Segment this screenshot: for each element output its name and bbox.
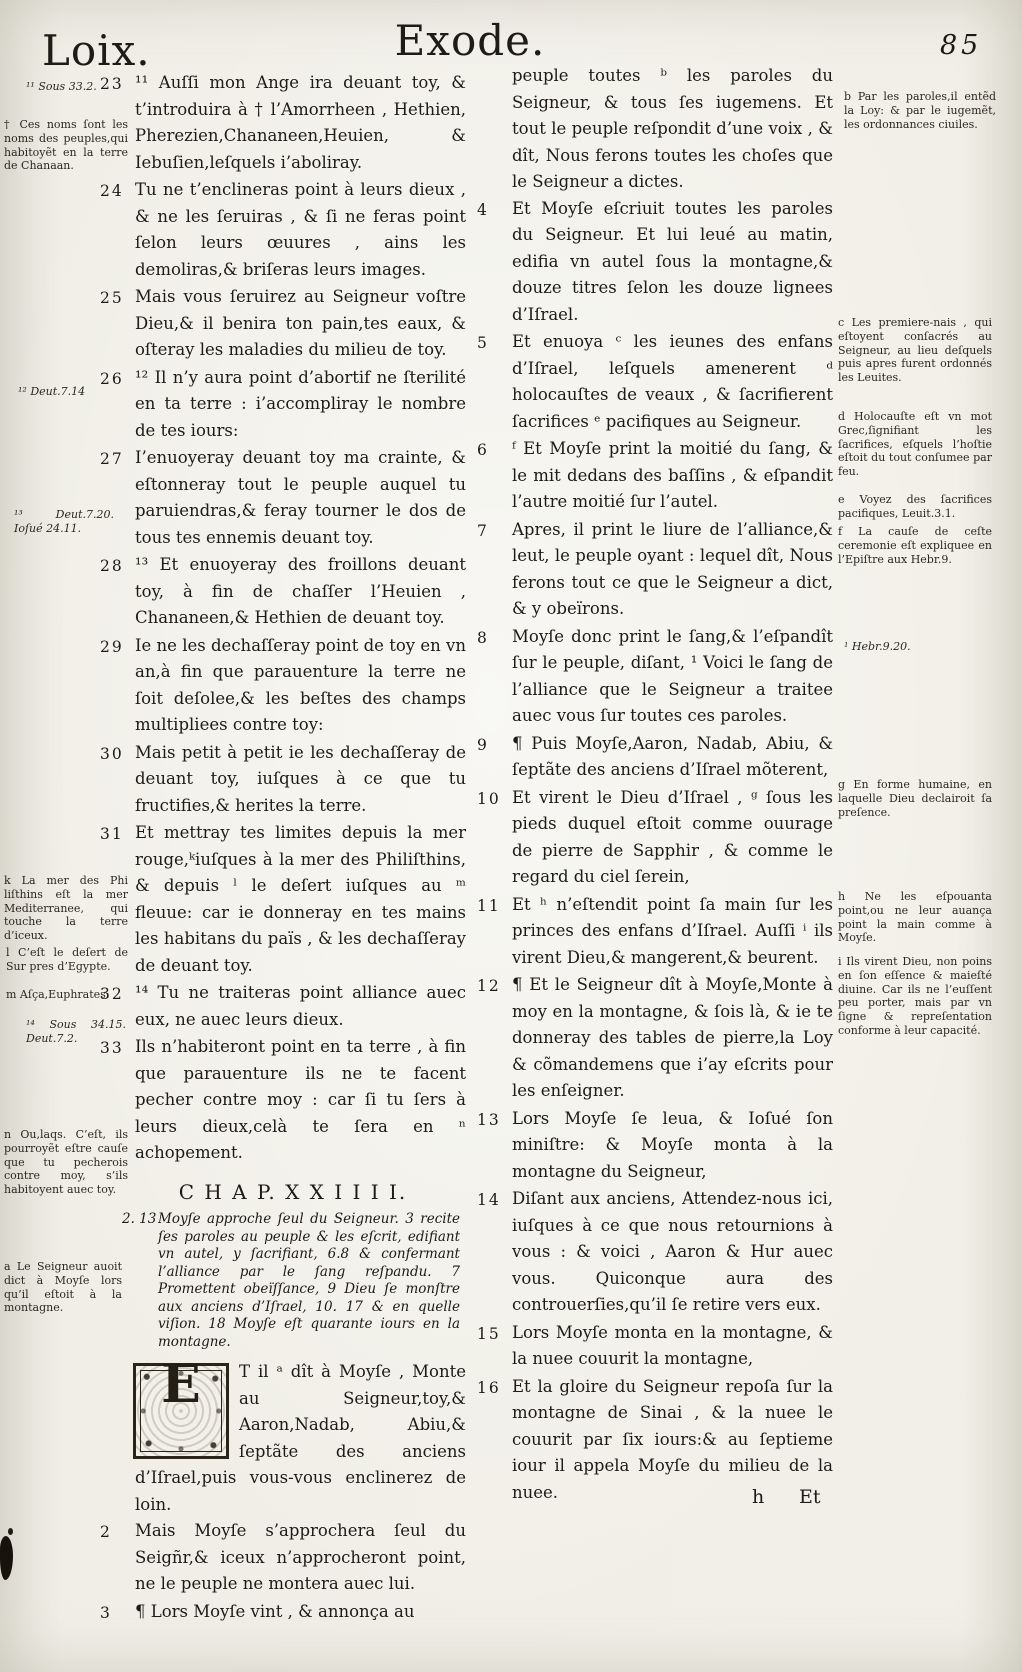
margin-note-ref-13: ¹³ Deut.7.20. Ioſué 24.11. [14,508,114,536]
verse-text: Lors Moyſe ſe leua, & Ioſué ſon miniſtre… [512,1106,833,1186]
verse-text: ¹¹ Auſſi mon Ange ira deuant toy, & t’in… [135,70,466,176]
verse-text: Lors Moyſe monta en la montagne, & la nu… [512,1320,833,1373]
verse-text: ¶ Puis Moyſe,Aaron, Nadab, Abiu, & ſeptã… [512,731,833,784]
verse-15: 15 Lors Moyſe monta en la montagne, & la… [477,1320,833,1373]
decorated-initial-woodcut: E [133,1363,229,1459]
running-title-center: Exode. [0,16,940,65]
verse-number: 11 [477,892,512,972]
ink-blot [0,1536,13,1580]
verse-11: 11 Et ʰ n’eſtendit point ſa main ſur les… [477,892,833,972]
margin-note-i: i Ils virent Dieu, non poins en ſon eſſe… [838,955,992,1038]
verse-text: Et virent le Dieu d’Iſrael , ᵍ ſous les … [512,785,833,891]
verse-13: 13 Lors Moyſe ſe leua, & Ioſué ſon miniſ… [477,1106,833,1186]
verse-number: 28 [100,552,135,632]
argument-label: 2. 13 [122,1211,158,1351]
verse-text: Diſant aux anciens, Attendez-nous ici, i… [512,1186,833,1319]
margin-note-c: c Les premiere-nais , qui eſtoyent conſa… [838,316,992,385]
verse-text: Mais petit à petit ie les dechaſſeray de… [135,740,466,820]
verse-text: Tu ne t’enclineras point à leurs dieux ,… [135,177,466,283]
verse-text: Mais vous ſeruirez au Seigneur voſtre Di… [135,284,466,364]
verse-33: 33 Ils n’habiteront point en ta terre , … [100,1034,466,1167]
initial-letter: E [136,1372,226,1399]
margin-note-d: d Holocauſte eſt vn mot Grec,ſignifiant … [838,410,992,479]
verse-10: 10 Et virent le Dieu d’Iſrael , ᵍ ſous l… [477,785,833,891]
verse-number: 33 [100,1034,135,1167]
verse-number: 13 [477,1106,512,1186]
verse-7: 7 Apres, il print le liure de l’alliance… [477,517,833,623]
verse-number: 27 [100,445,135,551]
verse-number: 8 [477,624,512,730]
verse-29: 29 Ie ne les dechaſſeray point de toy en… [100,633,466,739]
ink-speck [8,1528,13,1535]
margin-note-f: f La cauſe de ceſte ceremonie eſt expliq… [838,525,992,566]
verse-number: 15 [477,1320,512,1373]
chapter-argument: 2. 13 Moyſe approche ſeul du Seigneur. 3… [122,1211,466,1351]
verse-16: 16 Et la gloire du Seigneur repoſa ſur l… [477,1374,833,1507]
verse-number: 2 [100,1518,135,1598]
chapter-heading: C H A P. X X I I I I. [120,1179,466,1206]
verse-text: Moyſe donc print le ſang,& l’eſpandît ſu… [512,624,833,730]
signature-mark: h [752,1486,764,1508]
verse-text: ¹² Il n’y aura point d’abortif ne ſteril… [135,365,466,445]
chapter-opening-verse: E T il ᵃ dît à Moyſe , Monte au Seigneur… [135,1359,466,1518]
verse-text: Et ʰ n’eſtendit point ſa main ſur les pr… [512,892,833,972]
text-column-right: peuple toutes ᵇ les paroles du Seigneur,… [477,63,833,1507]
verse-number: 29 [100,633,135,739]
verse-32: 32 ¹⁴ Tu ne traiteras point alliance aue… [100,980,466,1033]
verse-number: 25 [100,284,135,364]
margin-note-h: h Ne les eſpouanta point,ou ne leur auan… [838,890,992,945]
verse-26: 26 ¹² Il n’y aura point d’abortif ne ſte… [100,365,466,445]
book-page: Loix. Exode. 85 ¹¹ Sous 33.2. † Ces noms… [0,0,1022,1672]
argument-text: Moyſe approche ſeul du Seigneur. 3 recit… [158,1211,466,1351]
verse-number: 31 [100,820,135,979]
verse-text: I’enuoyeray deuant toy ma crainte, & eſt… [135,445,466,551]
verse-5: 5 Et enuoya ᶜ les ieunes des enfans d’Iſ… [477,329,833,435]
verse-text: ¹⁴ Tu ne traiteras point alliance auec e… [135,980,466,1033]
margin-note-ref-hebr: ¹ Hebr.9.20. [844,640,984,654]
verse-text: ¹³ Et enuoyeray des froillons deuant toy… [135,552,466,632]
verse-text: ¶ Lors Moyſe vint , & annonça au [135,1599,466,1627]
verse-text: Mais Moyſe s’approchera ſeul du Seigñr,&… [135,1518,466,1598]
verse-number: 16 [477,1374,512,1507]
verse-23: 23 ¹¹ Auſſi mon Ange ira deuant toy, & t… [100,70,466,176]
verse-25: 25 Mais vous ſeruirez au Seigneur voſtre… [100,284,466,364]
page-number: 85 [940,30,982,61]
verse-number: 30 [100,740,135,820]
verse-28: 28 ¹³ Et enuoyeray des froillons deuant … [100,552,466,632]
verse-number: 26 [100,365,135,445]
verse-4: 4 Et Moyſe eſcriuit toutes les paroles d… [477,196,833,329]
verse-24: 24 Tu ne t’enclineras point à leurs dieu… [100,177,466,283]
verse-6: 6 ᶠ Et Moyſe print la moitié du ſang, & … [477,436,833,516]
verse-text: Apres, il print le liure de l’alliance,&… [512,517,833,623]
verse-number: 32 [100,980,135,1033]
verse-text: ᶠ Et Moyſe print la moitié du ſang, & le… [512,436,833,516]
verse-9: 9 ¶ Puis Moyſe,Aaron, Nadab, Abiu, & ſep… [477,731,833,784]
margin-note-e: e Voyez des ſacrifices pacifiques, Leuit… [838,493,992,521]
verse-number: 4 [477,196,512,329]
verse-text: Et mettray tes limites depuis la mer rou… [135,820,466,979]
verse-number: 5 [477,329,512,435]
verse-text: Ils n’habiteront point en ta terre , à f… [135,1034,466,1167]
verse-27: 27 I’enuoyeray deuant toy ma crainte, & … [100,445,466,551]
verse-number: 3 [100,1599,135,1627]
verse-text: Et Moyſe eſcriuit toutes les paroles du … [512,196,833,329]
verse-12: 12 ¶ Et le Seigneur dît à Moyſe,Monte à … [477,972,833,1105]
verse-3: 3 ¶ Lors Moyſe vint , & annonça au [100,1599,466,1627]
verse-text: ¶ Et le Seigneur dît à Moyſe,Monte à moy… [512,972,833,1105]
verse-number: 10 [477,785,512,891]
margin-note-g: g En forme humaine, en laquelle Dieu dec… [838,778,992,819]
verse-14: 14 Diſant aux anciens, Attendez-nous ici… [477,1186,833,1319]
verse-number: 6 [477,436,512,516]
verse-number: 12 [477,972,512,1105]
verse-8: 8 Moyſe donc print le ſang,& l’eſpandît … [477,624,833,730]
catchword: Et [799,1486,821,1508]
verse-30: 30 Mais petit à petit ie les dechaſſeray… [100,740,466,820]
verse-number: 14 [477,1186,512,1319]
verse-3-continuation: peuple toutes ᵇ les paroles du Seigneur,… [512,63,833,196]
verse-number: 9 [477,731,512,784]
verse-text: Et enuoya ᶜ les ieunes des enfans d’Iſra… [512,329,833,435]
verse-31: 31 Et mettray tes limites depuis la mer … [100,820,466,979]
verse-2: 2 Mais Moyſe s’approchera ſeul du Seigñr… [100,1518,466,1598]
verse-number: 23 [100,70,135,176]
text-column-left: 23 ¹¹ Auſſi mon Ange ira deuant toy, & t… [100,70,466,1627]
verse-text: Et la gloire du Seigneur repoſa ſur la m… [512,1374,833,1507]
verse-number: 24 [100,177,135,283]
verse-text: Ie ne les dechaſſeray point de toy en vn… [135,633,466,739]
verse-number: 7 [477,517,512,623]
margin-note-b: b Par les paroles,il entẽd la Loy: & par… [844,90,996,131]
